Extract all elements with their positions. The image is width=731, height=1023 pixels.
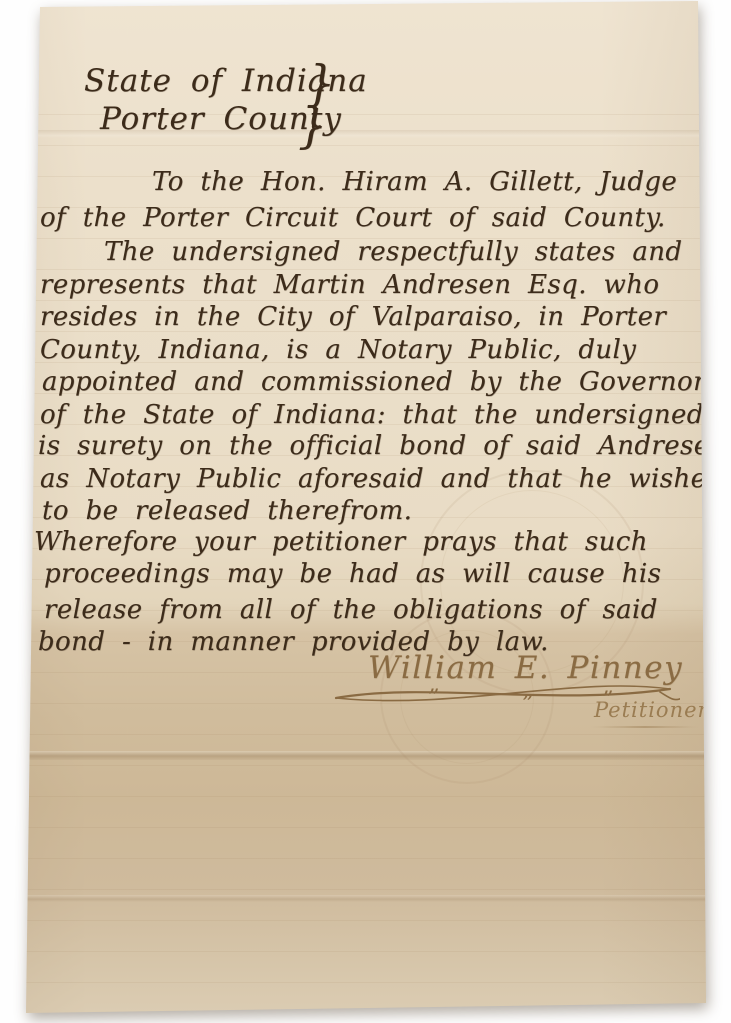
ditto-mark: ”	[522, 692, 533, 717]
body-line: proceedings may be had as will cause his	[44, 560, 661, 589]
fold-crease-lower	[0, 895, 731, 902]
salutation-line: To the Hon. Hiram A. Gillett, Judge	[152, 168, 677, 197]
body-line: County, Indiana, is a Notary Public, dul…	[40, 336, 636, 365]
body-line: release from all of the obligations of s…	[44, 596, 658, 625]
body-line: as Notary Public aforesaid and that he w…	[40, 465, 720, 494]
body-line: is surety on the official bond of said A…	[38, 432, 727, 461]
heading-brace-icon: }	[298, 97, 327, 154]
body-line: resides in the City of Valparaiso, in Po…	[40, 303, 666, 332]
body-line: represents that Martin Andresen Esq. who	[40, 271, 659, 300]
petitioner-underline	[590, 726, 700, 728]
body-line: appointed and commissioned by the Govern…	[42, 368, 706, 397]
document-photo: State of Indiana Porter County } } To th…	[0, 0, 731, 1023]
fold-crease-middle	[0, 751, 731, 760]
body-line: of the State of Indiana: that the unders…	[40, 401, 704, 430]
body-line: Wherefore your petitioner prays that suc…	[34, 528, 648, 557]
ditto-mark: ”	[428, 686, 439, 711]
petitioner-label: Petitioner	[594, 698, 709, 722]
paper-sheet: State of Indiana Porter County } } To th…	[0, 0, 731, 1023]
salutation-line: of the Porter Circuit Court of said Coun…	[40, 204, 666, 233]
paper-shadow-wrap: State of Indiana Porter County } } To th…	[0, 0, 731, 1023]
body-line: to be released therefrom.	[42, 497, 412, 526]
body-line: The undersigned respectfully states and	[104, 238, 682, 267]
